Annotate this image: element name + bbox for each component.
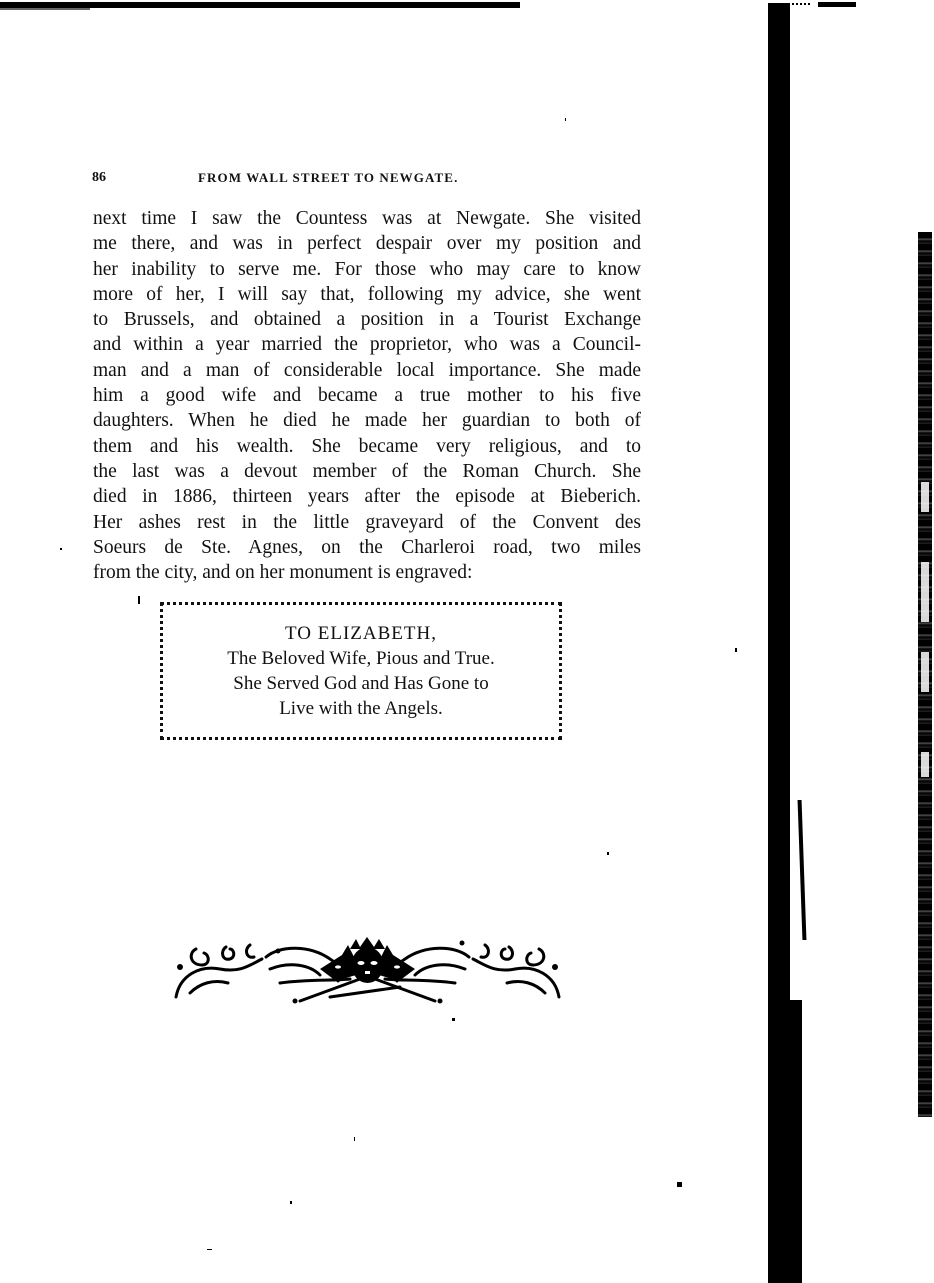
- body-line: me there, and was in perfect despair ove…: [93, 231, 641, 256]
- scan-speck: [452, 1018, 455, 1021]
- body-line: more of her, I will say that, following …: [93, 282, 641, 307]
- epitaph-line: Live with the Angels.: [163, 696, 559, 721]
- book-spine-shadow: [768, 3, 790, 1283]
- body-line: from the city, and on her monument is en…: [93, 560, 641, 585]
- body-line: Soeurs de Ste. Agnes, on the Charleroi r…: [93, 535, 641, 560]
- epitaph-line: TO ELIZABETH,: [163, 621, 559, 646]
- scan-top-right-mark: [818, 2, 856, 7]
- body-line: Her ashes rest in the little graveyard o…: [93, 510, 641, 535]
- scan-speck: [354, 1137, 355, 1141]
- ornament-tailpiece-icon: [170, 935, 565, 1007]
- epitaph-text: TO ELIZABETH, The Beloved Wife, Pious an…: [163, 621, 559, 721]
- scan-speck: [60, 548, 62, 550]
- body-line: them and his wealth. She became very rel…: [93, 434, 641, 459]
- body-line: next time I saw the Countess was at Newg…: [93, 206, 641, 231]
- body-line: man and a man of considerable local impo…: [93, 358, 641, 383]
- facing-page-edge: [918, 232, 932, 1117]
- body-line: to Brussels, and obtained a position in …: [93, 307, 641, 332]
- body-line: died in 1886, thirteen years after the e…: [93, 484, 641, 509]
- body-line: her inability to serve me. For those who…: [93, 257, 641, 282]
- body-line: the last was a devout member of the Roma…: [93, 459, 641, 484]
- book-spine-fold: [798, 800, 807, 940]
- epitaph-line: She Served God and Has Gone to: [163, 671, 559, 696]
- body-line: him a good wife and became a true mother…: [93, 383, 641, 408]
- body-line: and within a year married the proprietor…: [93, 332, 641, 357]
- scan-speck: [290, 1201, 292, 1204]
- book-spine-shadow-lower: [788, 1000, 802, 1283]
- scan-speck: [677, 1182, 682, 1187]
- body-paragraph: next time I saw the Countess was at Newg…: [93, 206, 641, 585]
- scan-top-edge-thin: [0, 8, 90, 10]
- body-line: daughters. When he died he made her guar…: [93, 408, 641, 433]
- running-title: FROM WALL STREET TO NEWGATE.: [198, 170, 458, 186]
- scan-speck: [207, 1249, 212, 1250]
- scan-speck: [607, 852, 609, 855]
- scan-speck: [565, 118, 566, 121]
- scan-speck: [138, 596, 140, 604]
- epitaph-box: TO ELIZABETH, The Beloved Wife, Pious an…: [160, 602, 562, 740]
- page-number: 86: [92, 170, 106, 186]
- scan-speck: [735, 648, 737, 652]
- epitaph-line: The Beloved Wife, Pious and True.: [163, 646, 559, 671]
- running-head: 86 FROM WALL STREET TO NEWGATE.: [92, 170, 652, 190]
- scan-top-dots: [792, 3, 810, 8]
